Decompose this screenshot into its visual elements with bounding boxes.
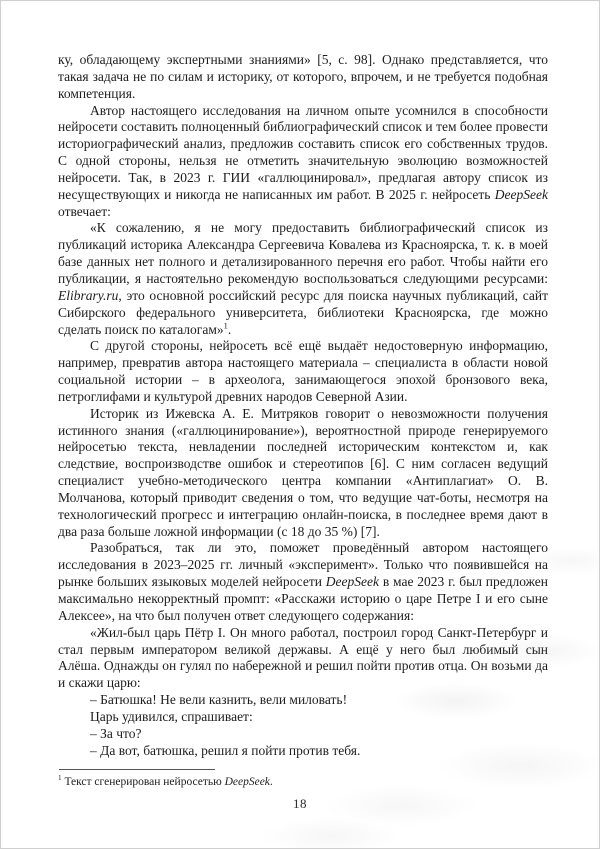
document-page: ку, обладающему экспертными знаниями» [5… (0, 0, 600, 849)
text-run: ку, обладающему экспертными знаниями» [5… (58, 52, 548, 101)
document-body: ку, обладающему экспертными знаниями» [5… (58, 52, 548, 759)
italic-text: Elibrary.ru (58, 288, 118, 303)
italic-text: DeepSeek (495, 187, 548, 202)
text-run: – Батюшка! Не вели казнить, вели миловат… (90, 692, 347, 707)
paragraph: «К сожалению, я не могу предоставить биб… (58, 220, 548, 338)
text-run: Историк из Ижевска А. Е. Митряков говори… (58, 406, 548, 539)
footnote-area: 1 Текст сгенерирован нейросетью DeepSeek… (58, 769, 548, 789)
paragraph: С другой стороны, нейросеть всё ещё выда… (58, 338, 548, 405)
text-run: Царь удивился, спрашивает: (90, 709, 253, 724)
paragraph: – Батюшка! Не вели казнить, вели миловат… (58, 692, 548, 709)
text-run: – За что? (90, 726, 142, 741)
text-run: – Да вот, батюшка, решил я пойти против … (90, 743, 360, 758)
italic-text: DeepSeek (326, 574, 379, 589)
text-run: отвечает: (58, 204, 111, 219)
text-run: Автор настоящего исследования на личном … (58, 103, 548, 202)
text-run: . (270, 776, 273, 788)
footnote-separator (59, 769, 215, 770)
paragraph: ку, обладающему экспертными знаниями» [5… (58, 52, 548, 103)
paragraph: – Да вот, батюшка, решил я пойти против … (58, 743, 548, 760)
text-run: «Жил-был царь Пётр I. Он много работал, … (58, 625, 548, 691)
paragraph: Историк из Ижевска А. Е. Митряков говори… (58, 406, 548, 541)
text-run: . (228, 322, 231, 337)
page-number: 18 (1, 796, 599, 812)
text-run: «К сожалению, я не могу предоставить биб… (58, 220, 548, 286)
text-run: , это основной российский ресурс для пои… (58, 288, 548, 337)
paragraph: Разобраться, так ли это, поможет проведё… (58, 540, 548, 624)
italic-text: DeepSeek (225, 776, 270, 788)
text-run: Текст сгенерирован нейросетью (62, 776, 225, 788)
footnote: 1 Текст сгенерирован нейросетью DeepSeek… (58, 775, 548, 789)
paragraph: «Жил-был царь Пётр I. Он много работал, … (58, 625, 548, 692)
paragraph: – За что? (58, 726, 548, 743)
paragraph: Автор настоящего исследования на личном … (58, 103, 548, 221)
text-run: С другой стороны, нейросеть всё ещё выда… (58, 338, 548, 404)
paragraph: Царь удивился, спрашивает: (58, 709, 548, 726)
